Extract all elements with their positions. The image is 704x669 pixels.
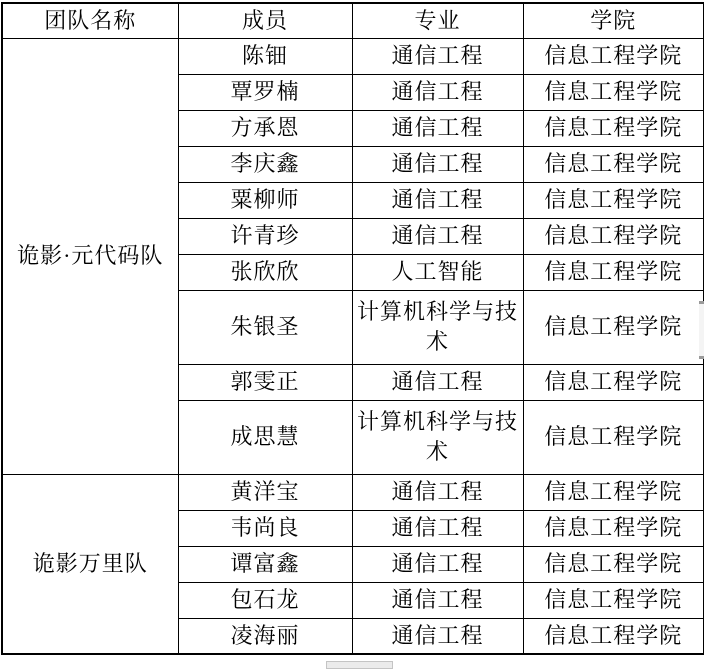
member-major-cell: 通信工程 xyxy=(352,364,523,400)
member-major-cell: 通信工程 xyxy=(352,618,523,654)
member-college-cell: 信息工程学院 xyxy=(523,254,704,290)
member-college-cell: 信息工程学院 xyxy=(523,618,704,654)
member-name-cell: 凌海丽 xyxy=(178,618,352,654)
member-name-cell: 韦尚良 xyxy=(178,510,352,546)
member-name-cell: 黄洋宝 xyxy=(178,474,352,510)
member-major-cell: 通信工程 xyxy=(352,582,523,618)
member-college-cell: 信息工程学院 xyxy=(523,400,704,474)
member-name-cell: 陈钿 xyxy=(178,38,352,74)
member-name-cell: 方承恩 xyxy=(178,110,352,146)
column-header-college: 学院 xyxy=(523,3,704,38)
member-college-cell: 信息工程学院 xyxy=(523,38,704,74)
member-name-cell: 张欣欣 xyxy=(178,254,352,290)
member-name-cell: 粟柳师 xyxy=(178,182,352,218)
member-major-cell: 计算机科学与技术 xyxy=(352,400,523,474)
member-major-cell: 通信工程 xyxy=(352,38,523,74)
member-major-cell: 通信工程 xyxy=(352,182,523,218)
member-name-cell: 朱银圣 xyxy=(178,290,352,364)
member-name-cell: 郭雯正 xyxy=(178,364,352,400)
member-major-cell: 通信工程 xyxy=(352,510,523,546)
vertical-scrollbar-fragment[interactable] xyxy=(699,301,704,359)
member-college-cell: 信息工程学院 xyxy=(523,546,704,582)
member-major-cell: 计算机科学与技术 xyxy=(352,290,523,364)
member-name-cell: 李庆鑫 xyxy=(178,146,352,182)
team-name-cell: 诡影·元代码队 xyxy=(2,38,178,474)
member-name-cell: 谭富鑫 xyxy=(178,546,352,582)
member-major-cell: 通信工程 xyxy=(352,546,523,582)
member-major-cell: 通信工程 xyxy=(352,474,523,510)
member-college-cell: 信息工程学院 xyxy=(523,290,704,364)
member-college-cell: 信息工程学院 xyxy=(523,582,704,618)
member-college-cell: 信息工程学院 xyxy=(523,74,704,110)
team-roster-table: 团队名称 成员 专业 学院 诡影·元代码队 陈钿 通信工程 信息工程学院 覃罗楠… xyxy=(1,2,704,655)
member-name-cell: 成思慧 xyxy=(178,400,352,474)
header-row: 团队名称 成员 专业 学院 xyxy=(2,3,704,38)
member-row: 诡影万里队 黄洋宝 通信工程 信息工程学院 xyxy=(2,474,704,510)
member-college-cell: 信息工程学院 xyxy=(523,146,704,182)
member-major-cell: 人工智能 xyxy=(352,254,523,290)
member-name-cell: 包石龙 xyxy=(178,582,352,618)
team-name-cell: 诡影万里队 xyxy=(2,474,178,654)
member-college-cell: 信息工程学院 xyxy=(523,182,704,218)
member-major-cell: 通信工程 xyxy=(352,110,523,146)
column-header-major: 专业 xyxy=(352,3,523,38)
member-college-cell: 信息工程学院 xyxy=(523,474,704,510)
member-name-cell: 覃罗楠 xyxy=(178,74,352,110)
member-college-cell: 信息工程学院 xyxy=(523,364,704,400)
member-major-cell: 通信工程 xyxy=(352,218,523,254)
member-college-cell: 信息工程学院 xyxy=(523,218,704,254)
member-college-cell: 信息工程学院 xyxy=(523,510,704,546)
member-row: 诡影·元代码队 陈钿 通信工程 信息工程学院 xyxy=(2,38,704,74)
horizontal-scrollbar-thumb[interactable] xyxy=(326,661,393,669)
member-name-cell: 许青珍 xyxy=(178,218,352,254)
member-major-cell: 通信工程 xyxy=(352,146,523,182)
column-header-team-name: 团队名称 xyxy=(2,3,178,38)
member-major-cell: 通信工程 xyxy=(352,74,523,110)
column-header-member: 成员 xyxy=(178,3,352,38)
member-college-cell: 信息工程学院 xyxy=(523,110,704,146)
